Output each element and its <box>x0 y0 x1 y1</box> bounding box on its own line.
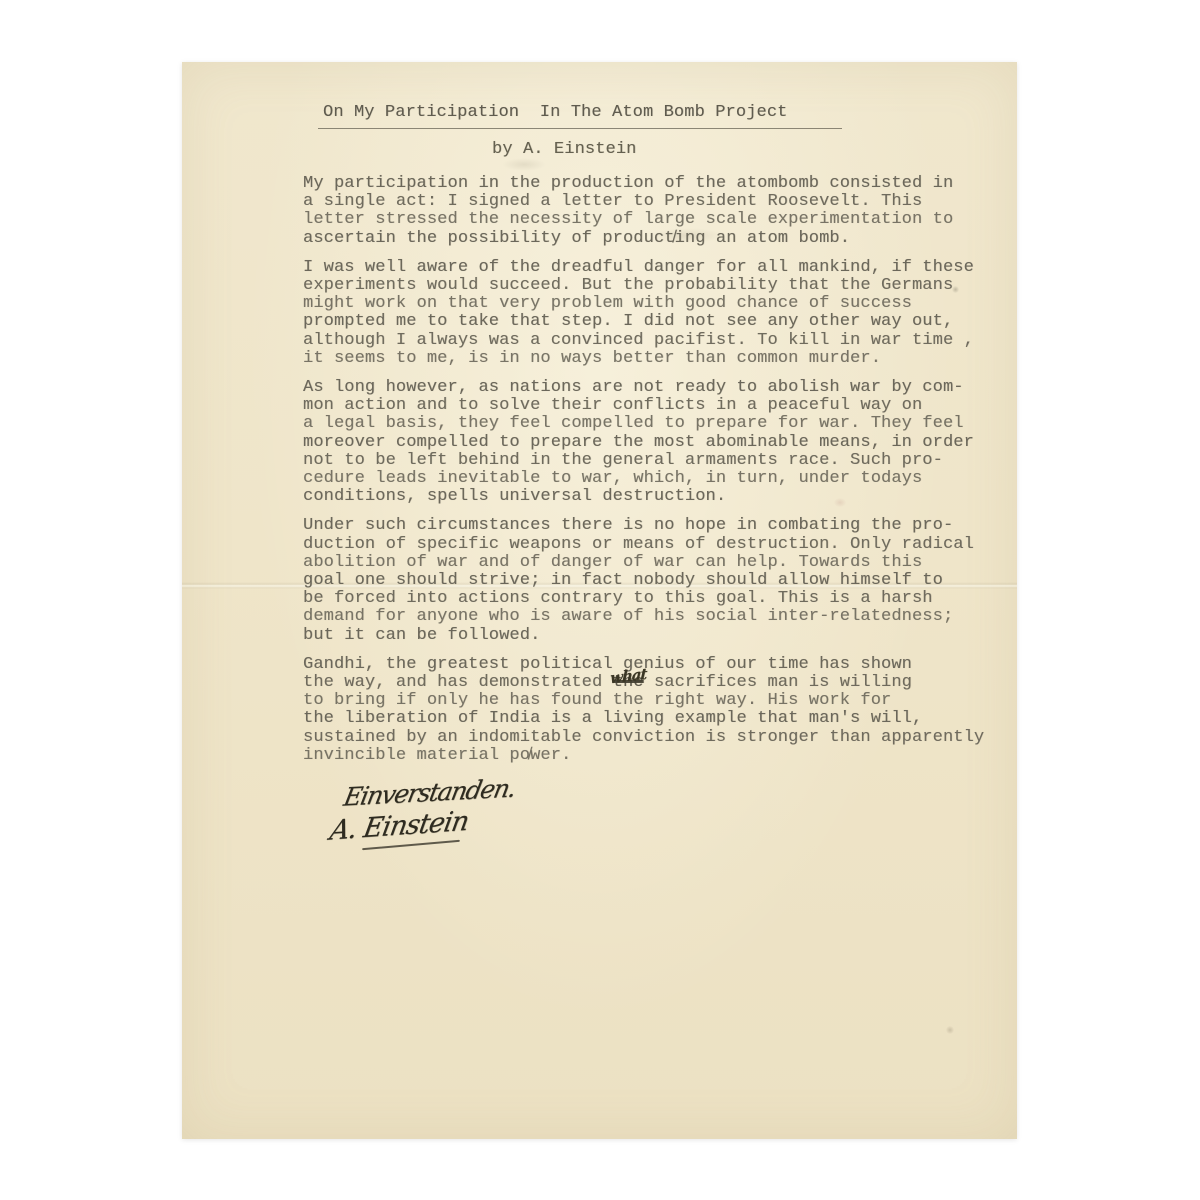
typed-line: be forced into actions contrary to this … <box>303 590 1003 608</box>
typed-line: not to be left behind in the general arm… <box>303 452 1003 470</box>
typed-line: I was well aware of the dreadful danger … <box>303 259 1003 277</box>
typed-line: letter stressed the necessity of large s… <box>303 211 1003 229</box>
typed-line: experiments would succeed. But the proba… <box>303 277 1003 295</box>
typed-line: prompted me to take that step. I did not… <box>303 313 1003 331</box>
byline: by A. Einstein <box>492 140 637 159</box>
typed-segment: the way, and has demonstrated <box>303 673 613 692</box>
typed-line: but it can be followed. <box>303 627 1003 645</box>
typed-line: invincible material po̸wer. <box>303 747 1003 765</box>
typed-line: mon action and to solve their conflicts … <box>303 397 1003 415</box>
letter-page: On My Participation In The Atom Bomb Pro… <box>182 62 1017 1139</box>
typed-line: might work on that very problem with goo… <box>303 295 1003 313</box>
typed-line: sustained by an indomitable conviction i… <box>303 729 1003 747</box>
paper-smudge <box>502 158 546 171</box>
typed-line: ascertain the possibility of product̸ing… <box>303 230 1003 248</box>
paragraph-4: Under such circumstances there is no hop… <box>303 517 1003 644</box>
typed-line: although I always was a convinced pacifi… <box>303 332 1003 350</box>
typed-line: demand for anyone who is aware of his so… <box>303 608 1003 626</box>
typed-line: As long however, as nations are not read… <box>303 379 1003 397</box>
scan-background: On My Participation In The Atom Bomb Pro… <box>0 0 1200 1200</box>
typed-line: it seems to me, is in no ways better tha… <box>303 350 1003 368</box>
typed-line: a legal basis, they feel compelled to pr… <box>303 415 1003 433</box>
typed-line: to bring if only he has found the right … <box>303 692 1003 710</box>
typed-line: moreover compelled to prepare the most a… <box>303 434 1003 452</box>
typed-line: goal one should strive; in fact nobody s… <box>303 572 1003 590</box>
typed-line-with-correction: the way, and has demonstrated thewhat sa… <box>303 674 1003 692</box>
typed-line: cedure leads inevitable to war, which, i… <box>303 470 1003 488</box>
typed-line: conditions, spells universal destruction… <box>303 488 1003 506</box>
paragraph-2: I was well aware of the dreadful danger … <box>303 259 1003 368</box>
document-title: On My Participation In The Atom Bomb Pro… <box>318 103 787 122</box>
paper-smudge <box>946 1026 954 1034</box>
letter-body: My participation in the production of th… <box>303 175 1003 776</box>
typed-line: My participation in the production of th… <box>303 175 1003 193</box>
paragraph-3: As long however, as nations are not read… <box>303 379 1003 506</box>
document-title-underline: On My Participation In The Atom Bomb Pro… <box>318 103 842 129</box>
typed-line: the liberation of India is a living exam… <box>303 710 1003 728</box>
typed-line: Gandhi, the greatest political genius of… <box>303 656 1003 674</box>
typed-line: Under such circumstances there is no hop… <box>303 517 1003 535</box>
typed-line: abolition of war and of danger of war ca… <box>303 554 1003 572</box>
typed-segment: sacrifices man is willing <box>644 673 912 692</box>
typed-line: duction of specific weapons or means of … <box>303 536 1003 554</box>
signature-block: Einverstanden. A. Einstein <box>330 778 515 840</box>
paragraph-5-gandhi: Gandhi, the greatest political genius of… <box>303 656 1003 765</box>
paragraph-1: My participation in the production of th… <box>303 175 1003 248</box>
typed-line: a single act: I signed a letter to Presi… <box>303 193 1003 211</box>
